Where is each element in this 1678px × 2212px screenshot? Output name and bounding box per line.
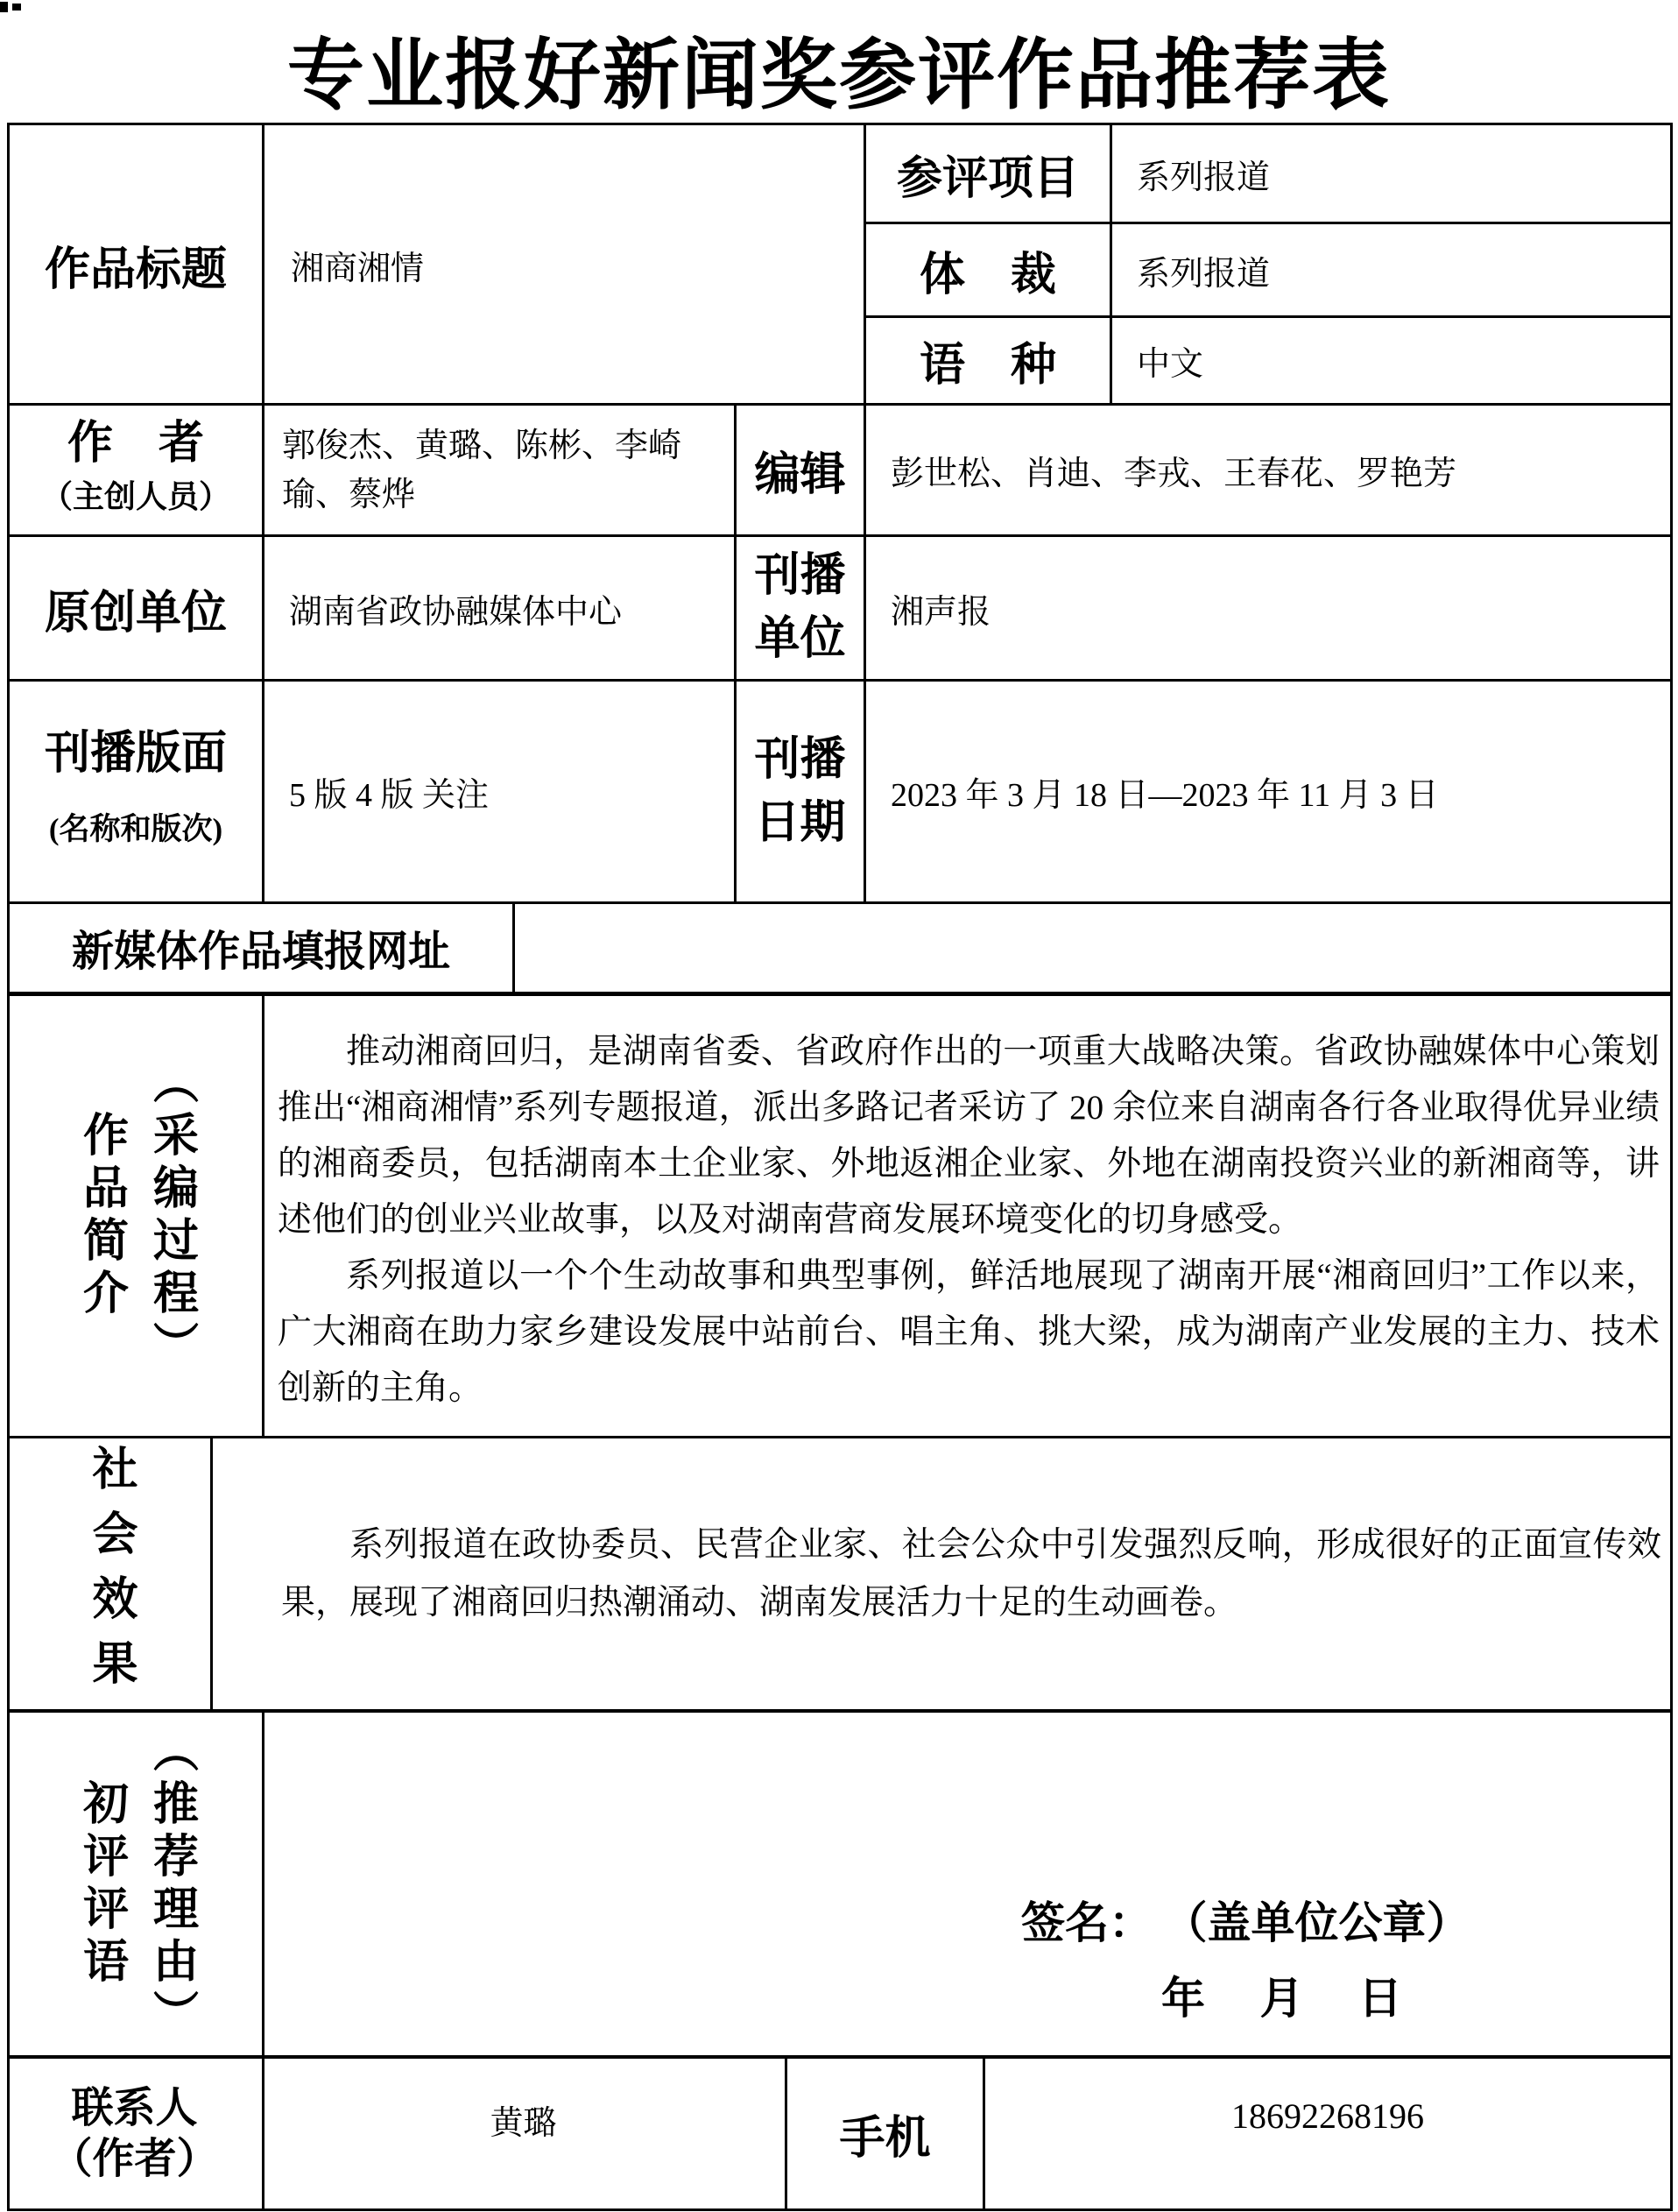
new-media-url-value [515, 903, 1670, 992]
language-label: 语 种 [866, 318, 1110, 403]
work-title-value: 湘商湘情 [264, 125, 864, 404]
contact-name-value: 黄璐 [262, 2059, 785, 2208]
recommendation-label-col-left: 初评评语 [68, 1727, 134, 2042]
contact-label: 联系人 （作者） [10, 2059, 259, 2208]
publish-unit-label: 刊播 单位 [737, 537, 864, 679]
publish-page-label: 刊播版面 (名称和版次) [10, 682, 262, 901]
recommendation-label-col-right: （推荐理由） [138, 1727, 204, 2042]
signature-date-line: 年 月 日 [1161, 1963, 1402, 2026]
entry-item-value: 系列报道 [1112, 125, 1670, 222]
contact-label-line1: 联系人 [71, 2083, 197, 2134]
publish-date-label: 刊播 日期 [737, 682, 864, 901]
signature-line: 签名： （盖单位公章） [1021, 1888, 1470, 1951]
original-unit-label: 原创单位 [10, 537, 262, 679]
publish-page-label-line2: (名称和版次) [49, 792, 222, 867]
original-unit-value: 湖南省政协融媒体中心 [264, 537, 734, 679]
synopsis-label-col-right: （采编过程） [138, 1058, 204, 1374]
social-effect-label: 社会效果 [10, 1438, 210, 1709]
authors-value: 郭俊杰、黄璐、陈彬、李崎瑜、蔡烨 [264, 406, 734, 534]
social-effect-text: 系列报道在政协委员、民营企业家、社会公众中引发强烈反响，形成很好的正面宣传效果，… [281, 1516, 1661, 1632]
genre-label: 体 裁 [866, 224, 1110, 315]
synopsis-paragraph: 推动湘商回归，是湖南省委、省政府作出的一项重大战略决策。省政协融媒体中心策划推出… [278, 1024, 1660, 1248]
form-table: 作品标题 湘商湘情 参评项目 系列报道 体 裁 系列报道 语 种 中文 作 者 … [7, 123, 1673, 2211]
publish-unit-label-line2: 单位 [754, 608, 845, 671]
scan-artifact [0, 2, 8, 12]
new-media-url-label: 新媒体作品填报网址 [10, 903, 512, 992]
grid-line [10, 1436, 1670, 1438]
authors-label-line2: （主创人员） [41, 470, 230, 523]
work-title-label: 作品标题 [10, 125, 262, 404]
contact-phone-value: 18692268196 [985, 2059, 1670, 2208]
recommendation-form-page: 专业报好新闻奖参评作品推荐表 作品标题 湘商湘情 参评项目 系列报道 体 裁 系… [0, 0, 1678, 2212]
contact-phone-label: 手机 [787, 2059, 983, 2208]
publish-date-value: 2023 年 3 月 18 日—2023 年 11 月 3 日 [866, 682, 1670, 901]
publish-unit-value: 湘声报 [866, 537, 1670, 679]
synopsis-label: （采编过程） 作品简介 [10, 996, 262, 1436]
language-value: 中文 [1112, 318, 1670, 403]
scan-artifact [12, 4, 21, 11]
publish-date-label-line1: 刊播 [754, 729, 845, 792]
publish-unit-label-line1: 刊播 [754, 545, 845, 608]
synopsis-text: 推动湘商回归，是湖南省委、省政府作出的一项重大战略决策。省政协融媒体中心策划推出… [278, 1024, 1660, 1417]
genre-value: 系列报道 [1112, 224, 1670, 315]
authors-label-line1: 作 者 [67, 418, 204, 470]
editors-label: 编辑 [737, 406, 864, 534]
contact-label-line2: （作者） [50, 2134, 218, 2185]
social-effect-paragraph: 系列报道在政协委员、民营企业家、社会公众中引发强烈反响，形成很好的正面宣传效果，… [281, 1516, 1661, 1632]
publish-date-label-line2: 日期 [754, 792, 845, 855]
publish-page-value: 5 版 4 版 关注 [264, 682, 734, 901]
synopsis-label-col-left: 作品简介 [68, 1058, 134, 1374]
recommendation-label: （推荐理由） 初评评语 [10, 1713, 262, 2055]
grid-line [262, 994, 264, 1438]
page-title: 专业报好新闻奖参评作品推荐表 [0, 14, 1678, 124]
synopsis-paragraph: 系列报道以一个个生动故事和典型事例，鲜活地展现了湖南开展“湘商回归”工作以来，广… [278, 1248, 1660, 1417]
entry-item-label: 参评项目 [866, 125, 1110, 222]
publish-page-label-line1: 刊播版面 [45, 717, 227, 792]
authors-label: 作 者 （主创人员） [10, 406, 262, 534]
grid-line [210, 1438, 213, 1711]
editors-value: 彭世松、肖迪、李戎、王春花、罗艳芳 [866, 406, 1670, 534]
